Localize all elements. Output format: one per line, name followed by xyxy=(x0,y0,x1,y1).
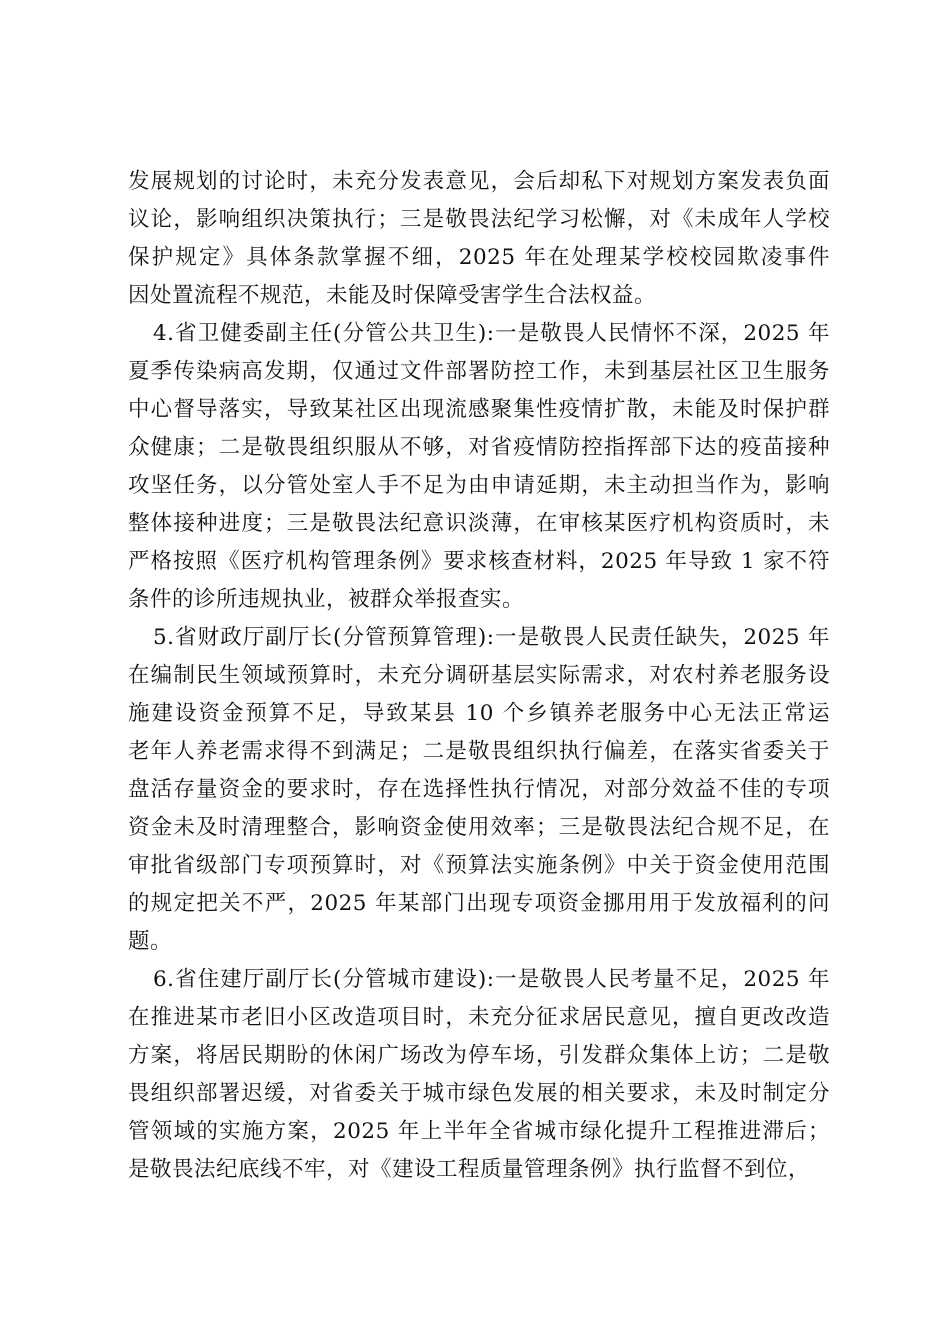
paragraph-continuation: 发展规划的讨论时，未充分发表意见，会后却私下对规划方案发表负面议论，影响组织决策… xyxy=(128,163,830,315)
text-line: 条件的诊所违规执业，被群众举报查实。 xyxy=(128,581,830,619)
text-line: 在编制民生领域预算时，未充分调研基层实际需求，对农村养老服务设 xyxy=(128,657,830,695)
text-line: 6.省住建厅副厅长(分管城市建设):一是敬畏人民考量不足，2025 年 xyxy=(128,961,830,999)
paragraph-item-4-health-commission: 4.省卫健委副主任(分管公共卫生):一是敬畏人民情怀不深，2025 年夏季传染病… xyxy=(128,315,830,619)
paragraph-item-6-housing-department: 6.省住建厅副厅长(分管城市建设):一是敬畏人民考量不足，2025 年在推进某市… xyxy=(128,961,830,1189)
text-line: 的规定把关不严，2025 年某部门出现专项资金挪用用于发放福利的问 xyxy=(128,885,830,923)
text-line: 发展规划的讨论时，未充分发表意见，会后却私下对规划方案发表负面 xyxy=(128,163,830,201)
text-line: 整体接种进度；三是敬畏法纪意识淡薄，在审核某医疗机构资质时，未 xyxy=(128,505,830,543)
text-line: 方案，将居民期盼的休闲广场改为停车场，引发群众集体上访；二是敬 xyxy=(128,1037,830,1075)
text-line: 中心督导落实，导致某社区出现流感聚集性疫情扩散，未能及时保护群 xyxy=(128,391,830,429)
text-line: 是敬畏法纪底线不牢，对《建设工程质量管理条例》执行监督不到位， xyxy=(128,1151,830,1189)
text-line: 攻坚任务，以分管处室人手不足为由申请延期，未主动担当作为，影响 xyxy=(128,467,830,505)
document-page: 发展规划的讨论时，未充分发表意见，会后却私下对规划方案发表负面议论，影响组织决策… xyxy=(0,0,950,1344)
text-line: 审批省级部门专项预算时，对《预算法实施条例》中关于资金使用范围 xyxy=(128,847,830,885)
text-line: 在推进某市老旧小区改造项目时，未充分征求居民意见，擅自更改改造 xyxy=(128,999,830,1037)
text-line: 议论，影响组织决策执行；三是敬畏法纪学习松懈，对《未成年人学校 xyxy=(128,201,830,239)
text-line: 5.省财政厅副厅长(分管预算管理):一是敬畏人民责任缺失，2025 年 xyxy=(128,619,830,657)
text-line: 严格按照《医疗机构管理条例》要求核查材料，2025 年导致 1 家不符合 xyxy=(128,543,830,581)
text-line: 资金未及时清理整合，影响资金使用效率；三是敬畏法纪合规不足，在 xyxy=(128,809,830,847)
text-line: 盘活存量资金的要求时，存在选择性执行情况，对部分效益不佳的专项 xyxy=(128,771,830,809)
text-line: 畏组织部署迟缓，对省委关于城市绿色发展的相关要求，未及时制定分 xyxy=(128,1075,830,1113)
text-line: 保护规定》具体条款掌握不细，2025 年在处理某学校校园欺凌事件时， xyxy=(128,239,830,277)
document-body: 发展规划的讨论时，未充分发表意见，会后却私下对规划方案发表负面议论，影响组织决策… xyxy=(128,163,830,1189)
text-line: 施建设资金预算不足，导致某县 10 个乡镇养老服务中心无法正常运营， xyxy=(128,695,830,733)
text-line: 因处置流程不规范，未能及时保障受害学生合法权益。 xyxy=(128,277,830,315)
text-line: 管领域的实施方案，2025 年上半年全省城市绿化提升工程推进滞后；三 xyxy=(128,1113,830,1151)
text-line: 题。 xyxy=(128,923,830,961)
text-line: 众健康；二是敬畏组织服从不够，对省疫情防控指挥部下达的疫苗接种 xyxy=(128,429,830,467)
text-line: 老年人养老需求得不到满足；二是敬畏组织执行偏差，在落实省委关于 xyxy=(128,733,830,771)
paragraph-item-5-finance-department: 5.省财政厅副厅长(分管预算管理):一是敬畏人民责任缺失，2025 年在编制民生… xyxy=(128,619,830,961)
text-line: 4.省卫健委副主任(分管公共卫生):一是敬畏人民情怀不深，2025 年 xyxy=(128,315,830,353)
text-line: 夏季传染病高发期，仅通过文件部署防控工作，未到基层社区卫生服务 xyxy=(128,353,830,391)
